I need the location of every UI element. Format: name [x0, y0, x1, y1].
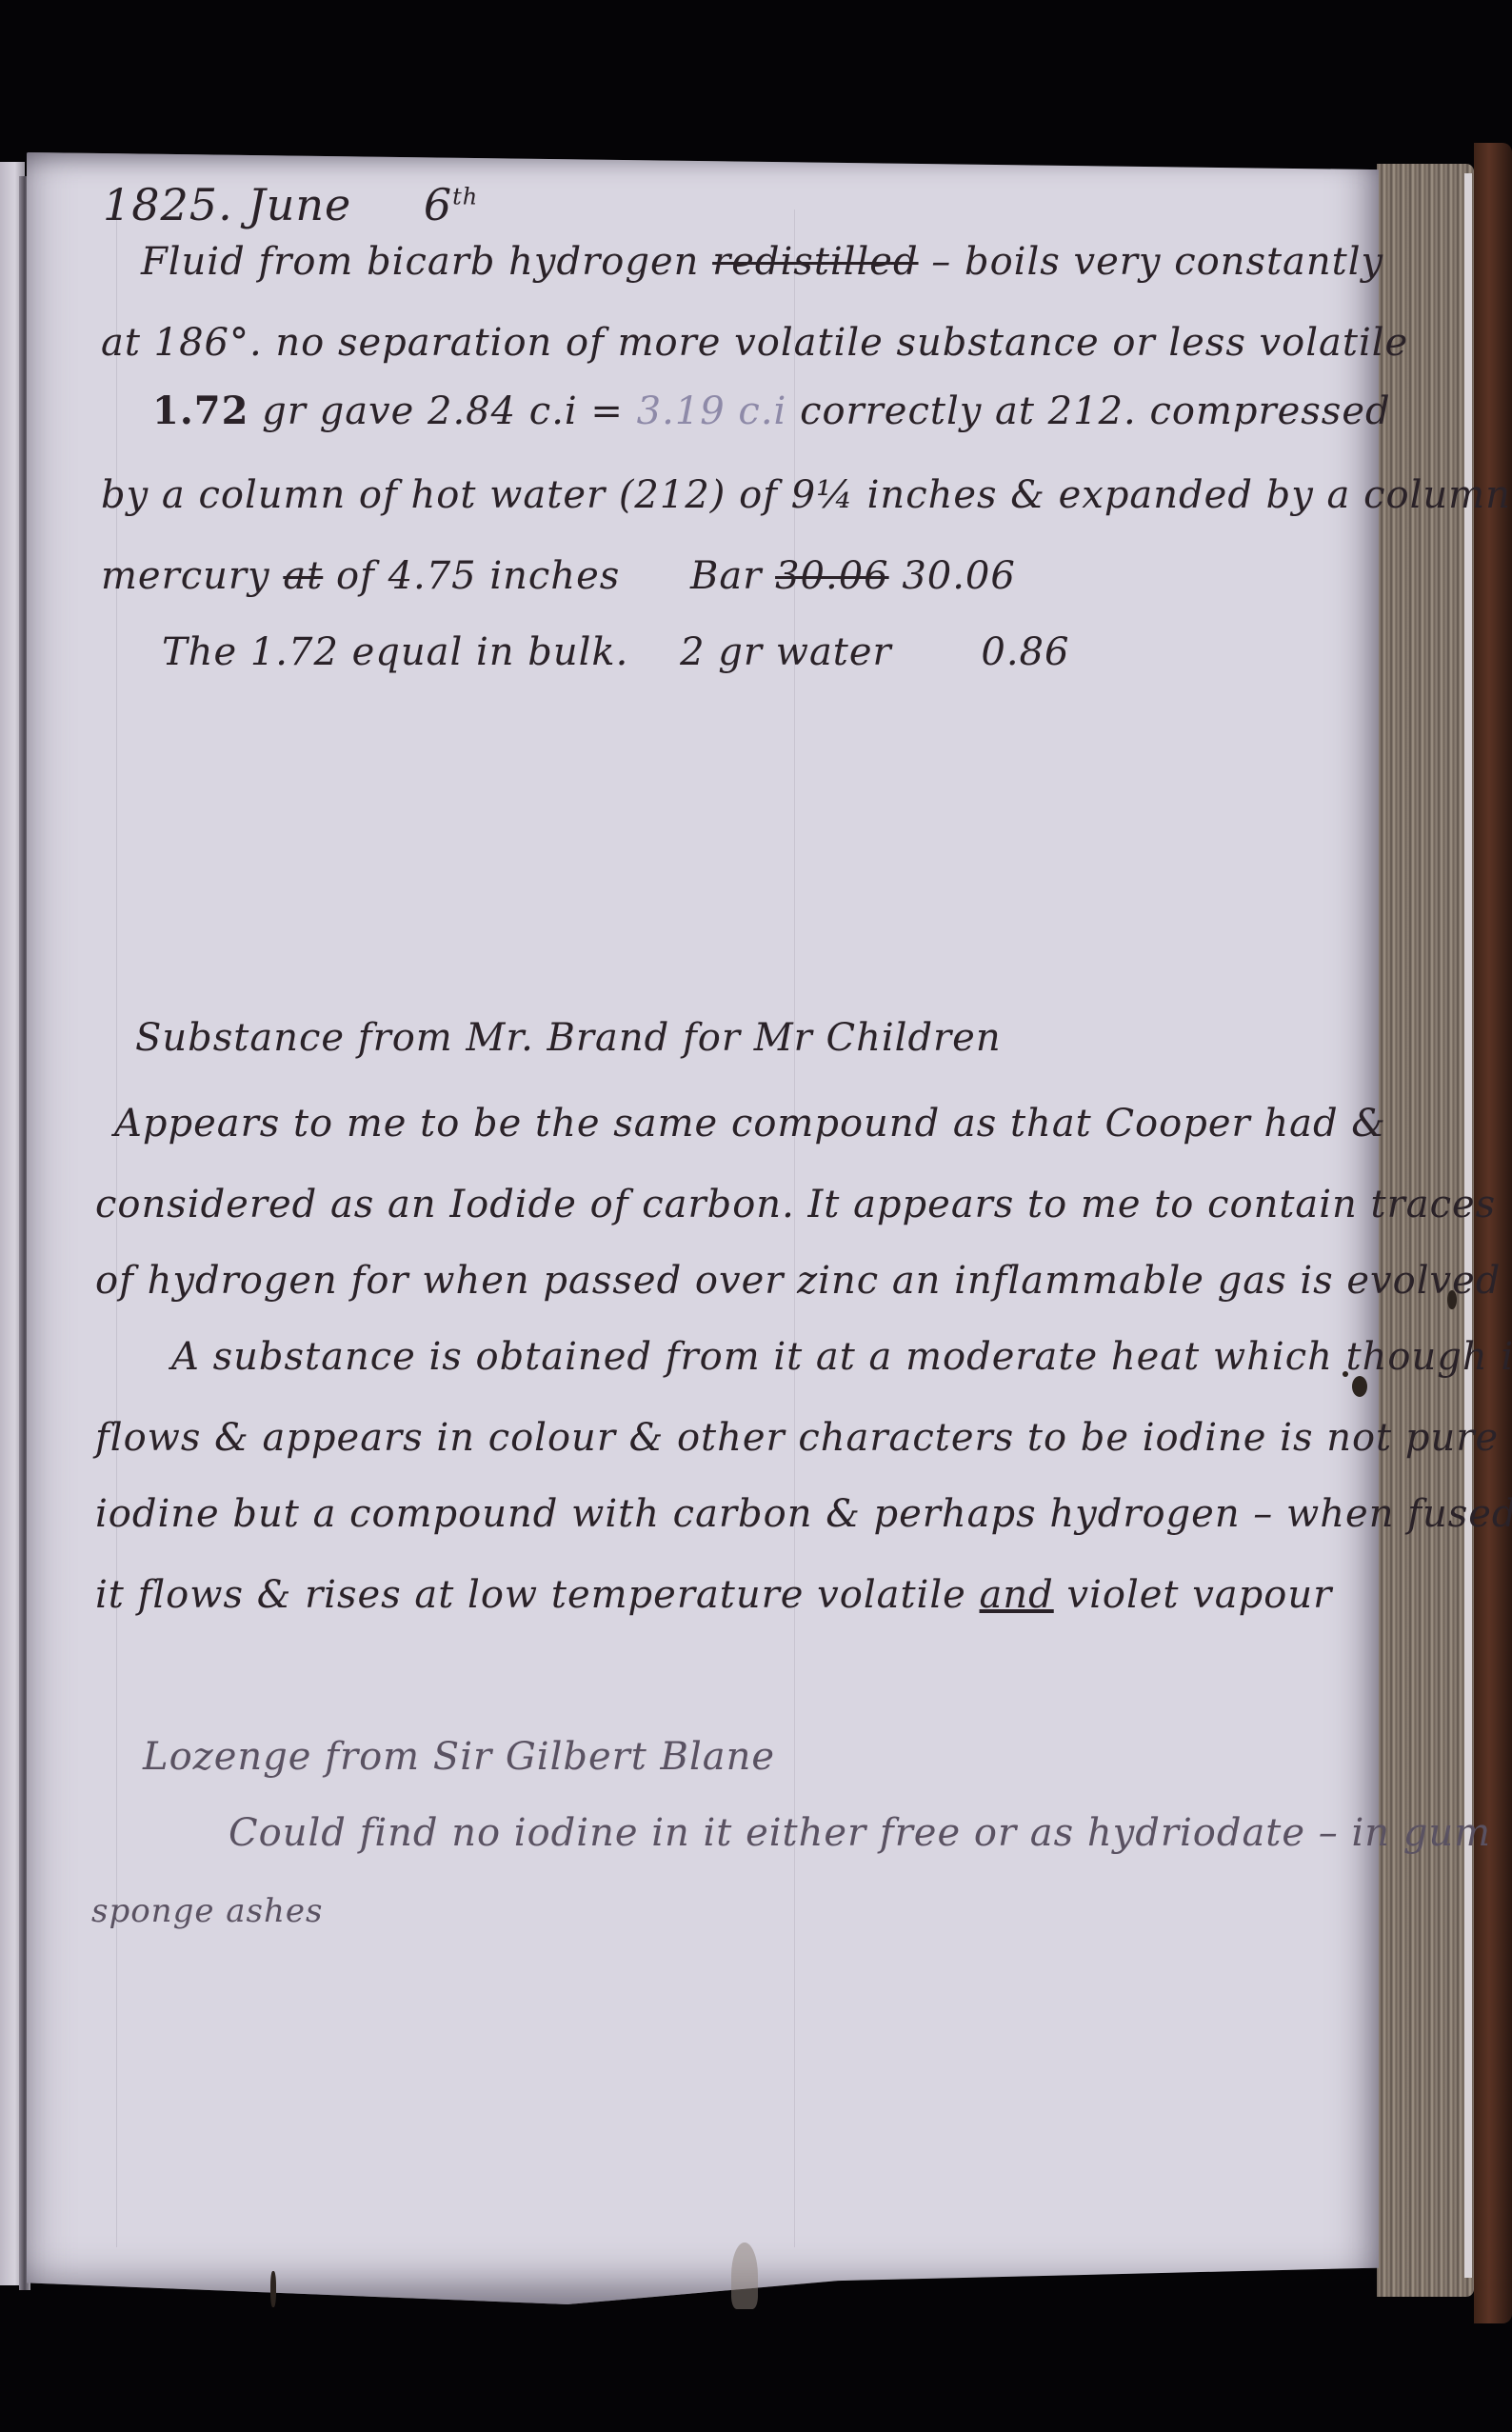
struck-word: at	[283, 554, 323, 598]
line3-text-b: correctly at 212. compressed	[800, 389, 1391, 433]
entry2-line: iodine but a compound with carbon & perh…	[95, 1495, 1512, 1533]
entry3-heading: Lozenge from Sir Gilbert Blane	[143, 1738, 775, 1776]
date-day: 6	[424, 179, 452, 230]
entry2-line: flows & appears in colour & other charac…	[95, 1419, 1499, 1457]
line5-text: mercury	[101, 554, 270, 598]
last-line-text: it flows & rises at low temperature vola…	[95, 1573, 966, 1617]
entry1-line1: Fluid from bicarb hydrogen redistilled –…	[141, 243, 1383, 281]
entry2-heading: Substance from Mr. Brand for Mr Children	[135, 1019, 1002, 1057]
edge-mark	[1447, 1290, 1457, 1309]
line3-text: gr gave 2.84 c.i =	[262, 389, 624, 433]
page-stain	[731, 2243, 758, 2309]
barometer-label: Bar	[690, 554, 762, 598]
entry1-line5: mercury at of 4.75 inches Bar 30.06 30.0…	[101, 557, 1016, 595]
entry2-line: of hydrogen for when passed over zinc an…	[95, 1262, 1501, 1300]
struck-word: redistilled	[712, 240, 918, 284]
entry-date: 1825. June 6th	[103, 183, 478, 227]
ink-blot	[1343, 1371, 1348, 1377]
entry1-line4: by a column of hot water (212) of 9¼ inc…	[101, 476, 1512, 514]
notebook-photo: 1825. June 6th Fluid from bicarb hydroge…	[0, 0, 1512, 2432]
entry1-line2: at 186°. no separation of more volatile …	[101, 324, 1408, 362]
entry3-line: Could find no iodine in it either free o…	[229, 1814, 1491, 1852]
density-value: 0.86	[981, 630, 1069, 674]
line6-text: The 1.72 equal in bulk.	[162, 630, 628, 674]
line5-text-b: of 4.75 inches	[336, 554, 620, 598]
date-suffix: th	[452, 184, 478, 210]
entry2-line: considered as an Iodide of carbon. It ap…	[95, 1186, 1496, 1224]
line1-text-b: – boils very constantly	[931, 240, 1383, 284]
date-month: June	[248, 179, 351, 230]
last-line-text-b: violet vapour	[1066, 1573, 1332, 1617]
line1-text: Fluid from bicarb hydrogen	[141, 240, 699, 284]
line6-text-b: 2 gr water	[680, 630, 892, 674]
weight-value: 1.72	[152, 389, 249, 433]
entry2-line: Appears to me to be the same compound as…	[114, 1105, 1386, 1143]
entry2-last-line: it flows & rises at low temperature vola…	[95, 1576, 1332, 1614]
date-year: 1825.	[103, 179, 233, 230]
underlined-word: and	[980, 1573, 1054, 1617]
pencil-annotation: 3.19 c.i	[637, 389, 787, 433]
entry3-line: sponge ashes	[91, 1895, 323, 1927]
book-cover	[1474, 143, 1512, 2323]
barometer-value: 30.06	[902, 554, 1016, 598]
ink-blot	[1352, 1376, 1367, 1397]
ink-mark	[270, 2271, 276, 2307]
entry1-line3: 1.72 gr gave 2.84 c.i = 3.19 c.i correct…	[152, 392, 1391, 430]
entry2-line: A substance is obtained from it at a mod…	[171, 1338, 1512, 1376]
entry1-line6: The 1.72 equal in bulk. 2 gr water 0.86	[162, 633, 1069, 671]
barometer-struck-value: 30.06	[775, 554, 889, 598]
